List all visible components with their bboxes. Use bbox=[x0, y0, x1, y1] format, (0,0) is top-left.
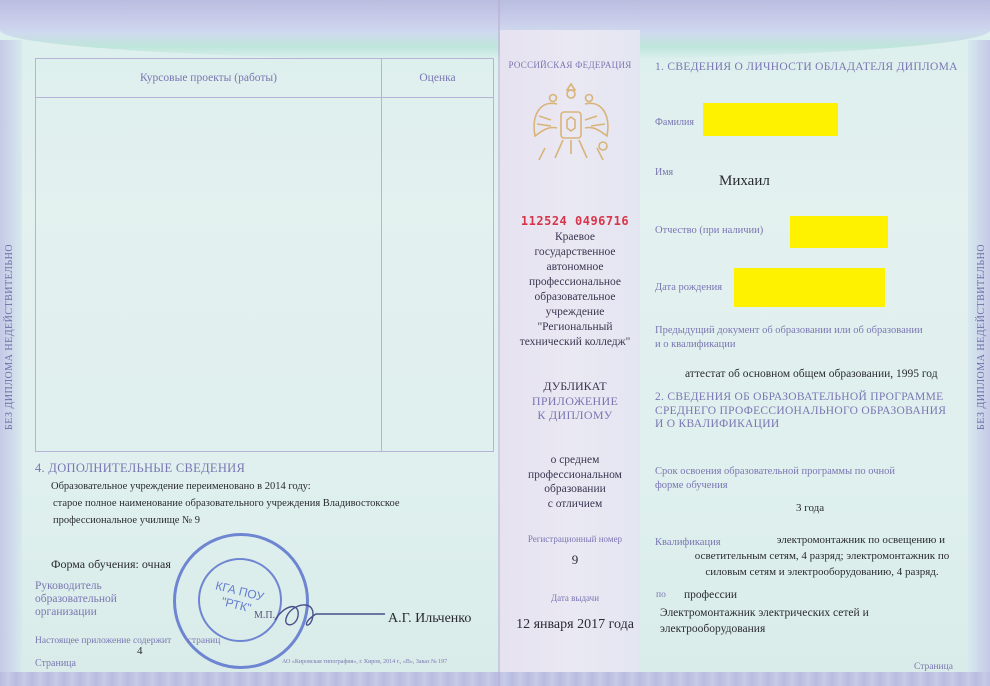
study-duration-value: 3 года bbox=[796, 502, 824, 514]
section-2-title-line-2: СРЕДНЕГО ПРОФЕССИОНАЛЬНОГО ОБРАЗОВАНИЯ bbox=[655, 405, 946, 419]
name-label: Имя bbox=[655, 167, 673, 178]
appendix-title: ПРИЛОЖЕНИЕ К ДИПЛОМУ bbox=[500, 394, 650, 422]
section-2-title-line-1: 2. СВЕДЕНИЯ ОБ ОБРАЗОВАТЕЛЬНОЙ ПРОГРАММЕ bbox=[655, 391, 946, 405]
previous-document-label: Предыдущий документ об образовании или о… bbox=[655, 324, 923, 352]
registration-number: 9 bbox=[500, 552, 650, 568]
pages-count-value: 4 bbox=[137, 645, 143, 657]
date-of-birth-redacted bbox=[734, 268, 885, 307]
previous-document-value: аттестат об основном общем образовании, … bbox=[685, 368, 938, 380]
diploma-appendix-scan: БЕЗ ДИПЛОМА НЕДЕЙСТВИТЕЛЬНО БЕЗ ДИПЛОМА … bbox=[0, 0, 990, 686]
section-4-line-2: старое полное наименование образовательн… bbox=[53, 498, 400, 509]
profession-line-2: электрооборудования bbox=[660, 621, 869, 637]
institution-line-7: "Региональный bbox=[500, 320, 650, 335]
institution-line-2: государственное bbox=[500, 245, 650, 260]
degree-line-3: образовании bbox=[500, 482, 650, 497]
institution-line-1: Краевое bbox=[500, 230, 650, 245]
serial-number: 112524 0496716 bbox=[500, 214, 650, 228]
qualification-line-3: силовым сетям и электрооборудованию, 4 р… bbox=[677, 564, 967, 580]
printer-note: АО «Кировская типография», г. Киров, 201… bbox=[282, 659, 447, 665]
date-of-birth-label: Дата рождения bbox=[655, 282, 722, 293]
institution-line-5: образовательное bbox=[500, 290, 650, 305]
section-4-line-3: профессиональное училище № 9 bbox=[53, 515, 200, 526]
institution-line-6: учреждение bbox=[500, 305, 650, 320]
duplicate-label: ДУБЛИКАТ bbox=[500, 379, 650, 394]
signatory-name: А.Г. Ильченко bbox=[388, 611, 471, 627]
side-label-right: БЕЗ ДИПЛОМА НЕДЕЙСТВИТЕЛЬНО bbox=[976, 244, 987, 430]
ornamental-border-top bbox=[0, 0, 990, 60]
table-column-divider bbox=[36, 59, 382, 451]
issue-date-label: Дата выдачи bbox=[500, 593, 650, 603]
duration-label-line-2: форме обучения bbox=[655, 479, 895, 493]
po-label: по bbox=[656, 590, 666, 600]
appendix-line-1: ПРИЛОЖЕНИЕ bbox=[500, 394, 650, 408]
head-label-line-1: Руководитель bbox=[35, 580, 117, 593]
degree-line-2: профессиональном bbox=[500, 468, 650, 483]
surname-redacted bbox=[703, 103, 838, 136]
profession-value: Электромонтажник электрических сетей и э… bbox=[660, 605, 869, 637]
degree-description: о среднем профессиональном образовании с… bbox=[500, 453, 650, 511]
qualification-line-2: осветительным сетям, 4 разряд; электромо… bbox=[677, 548, 967, 564]
patronymic-label: Отчество (при наличии) bbox=[655, 225, 763, 236]
section-2-title: 2. СВЕДЕНИЯ ОБ ОБРАЗОВАТЕЛЬНОЙ ПРОГРАММЕ… bbox=[655, 391, 946, 432]
pages-label-prefix: Настоящее приложение содержит bbox=[35, 636, 171, 646]
prev-doc-label-line-1: Предыдущий документ об образовании или о… bbox=[655, 324, 923, 338]
pages-label-suffix: страниц bbox=[188, 636, 221, 646]
page-label-left: Страница bbox=[35, 658, 76, 669]
degree-line-1: о среднем bbox=[500, 453, 650, 468]
appendix-line-2: К ДИПЛОМУ bbox=[500, 408, 650, 422]
coat-of-arms-icon bbox=[523, 78, 619, 174]
issue-date: 12 января 2017 года bbox=[500, 617, 650, 633]
degree-line-4: с отличием bbox=[500, 497, 650, 512]
profession-line-1: Электромонтажник электрических сетей и bbox=[660, 605, 869, 621]
name-value: Михаил bbox=[719, 173, 770, 190]
table-header-course-projects: Курсовые проекты (работы) bbox=[36, 72, 381, 84]
signature bbox=[270, 598, 390, 634]
qualification-line-1: электромонтажник по освещению и bbox=[677, 532, 967, 548]
head-label-line-3: организации bbox=[35, 606, 117, 619]
head-label-line-2: образовательной bbox=[35, 593, 117, 606]
pages-count-label: Настоящее приложение содержит страниц bbox=[35, 636, 220, 646]
section-1-title: 1. СВЕДЕНИЯ О ЛИЧНОСТИ ОБЛАДАТЕЛЯ ДИПЛОМ… bbox=[655, 61, 958, 73]
institution-line-4: профессиональное bbox=[500, 275, 650, 290]
institution-line-3: автономное bbox=[500, 260, 650, 275]
institution-line-8: технический колледж" bbox=[500, 335, 650, 350]
qualification-value: электромонтажник по освещению и осветите… bbox=[677, 532, 967, 580]
table-header-grade: Оценка bbox=[382, 72, 493, 84]
country-name: РОССИЙСКАЯ ФЕДЕРАЦИЯ bbox=[500, 60, 640, 70]
head-of-organization-label: Руководитель образовательной организации bbox=[35, 580, 117, 619]
duration-label-line-1: Срок освоения образовательной программы … bbox=[655, 465, 895, 479]
course-projects-table: Курсовые проекты (работы) Оценка bbox=[35, 58, 494, 452]
form-of-study: Форма обучения: очная bbox=[51, 557, 171, 572]
ornamental-border-bottom bbox=[0, 672, 990, 686]
patronymic-redacted bbox=[790, 216, 888, 248]
page-label-right: Страница bbox=[914, 662, 953, 672]
section-4-line-1: Образовательное учреждение переименовано… bbox=[51, 481, 311, 492]
prev-doc-label-line-2: и о квалификации bbox=[655, 338, 923, 352]
section-4-title: 4. ДОПОЛНИТЕЛЬНЫЕ СВЕДЕНИЯ bbox=[35, 461, 245, 476]
study-duration-label: Срок освоения образовательной программы … bbox=[655, 465, 895, 493]
institution-name: Краевое государственное автономное профе… bbox=[500, 230, 650, 350]
section-2-title-line-3: И О КВАЛИФИКАЦИИ bbox=[655, 418, 946, 432]
profession-word: профессии bbox=[684, 589, 737, 601]
side-label-left: БЕЗ ДИПЛОМА НЕДЕЙСТВИТЕЛЬНО bbox=[4, 244, 15, 430]
registration-number-label: Регистрационный номер bbox=[500, 534, 650, 544]
surname-label: Фамилия bbox=[655, 117, 694, 128]
